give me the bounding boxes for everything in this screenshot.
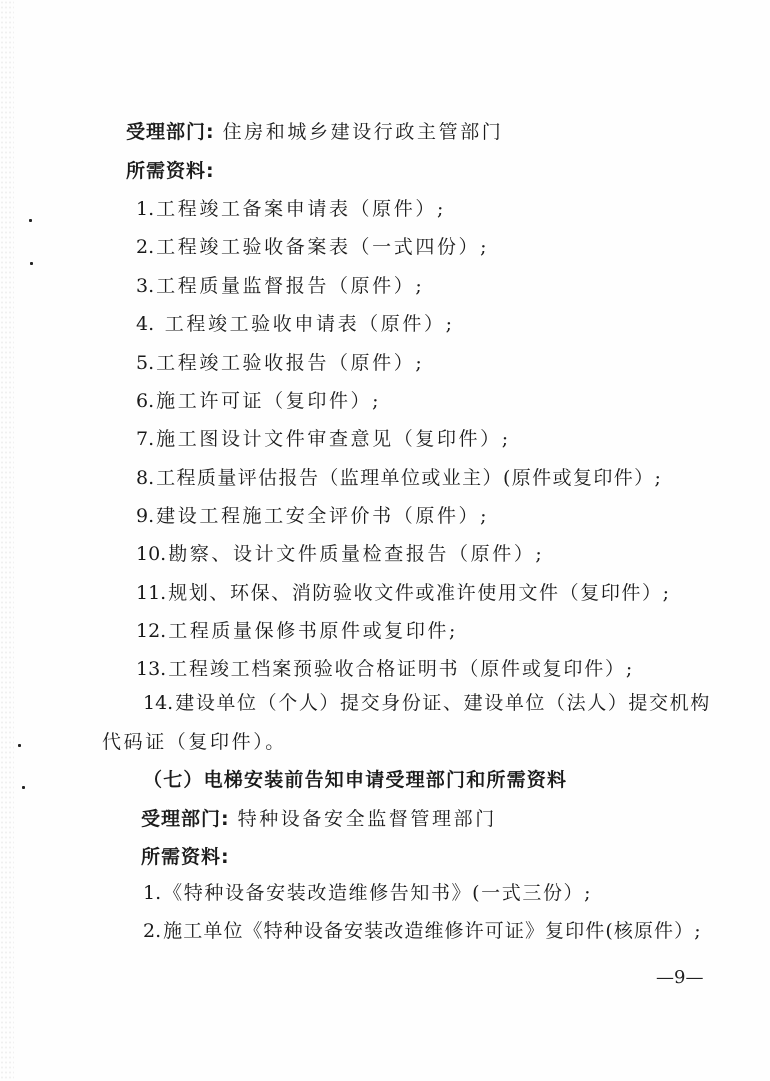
- dept-value: 特种设备安全监督管理部门: [238, 808, 497, 830]
- list-item: 1.工程竣工备案申请表（原件）;: [136, 190, 446, 229]
- list-item-continuation: 代码证（复印件）。: [102, 723, 287, 762]
- list-item: 12.工程质量保修书原件或复印件;: [136, 612, 458, 651]
- list-item: 10.勘察、设计文件质量检查报告（原件）;: [136, 535, 544, 574]
- list-item: 9.建设工程施工安全评价书（原件）;: [136, 497, 489, 536]
- section-heading-text: （七）电梯安装前告知申请受理部门和所需资料: [143, 769, 567, 791]
- scan-mark-dot: [18, 744, 21, 747]
- page-number: —9—: [656, 966, 703, 990]
- scan-mark-dot: [30, 262, 33, 265]
- list-item: 2.工程竣工验收备案表（一式四份）;: [136, 228, 489, 267]
- dept-value: 住房和城乡建设行政主管部门: [223, 121, 504, 143]
- list-item: 14.建设单位（个人）提交身份证、建设单位（法人）提交机构: [143, 684, 711, 723]
- dept-label: 受理部门:: [141, 808, 230, 830]
- materials-label: 所需资料:: [126, 160, 215, 182]
- list-item: 4. 工程竣工验收申请表（原件）;: [136, 305, 455, 344]
- list-item: 5.工程竣工验收报告（原件）;: [136, 344, 424, 383]
- materials-label-line-b: 所需资料:: [141, 838, 230, 877]
- dept-line-a: 受理部门:住房和城乡建设行政主管部门: [126, 113, 503, 152]
- list-item: 7.施工图设计文件审查意见（复印件）;: [136, 420, 511, 459]
- document-page: 受理部门:住房和城乡建设行政主管部门 所需资料: 1.工程竣工备案申请表（原件）…: [0, 0, 770, 1081]
- dept-line-b: 受理部门:特种设备安全监督管理部门: [141, 800, 497, 839]
- materials-label: 所需资料:: [141, 846, 230, 868]
- list-item: 11.规划、环保、消防验收文件或准许使用文件（复印件）;: [136, 574, 671, 613]
- list-item: 1.《特种设备安装改造维修告知书》(一式三份）;: [143, 874, 592, 913]
- list-item: 8.工程质量评估报告（监理单位或业主）(原件或复印件）;: [136, 459, 662, 498]
- scan-mark-dot: [29, 219, 32, 222]
- list-item: 6.施工许可证（复印件）;: [136, 382, 381, 421]
- section-heading: （七）电梯安装前告知申请受理部门和所需资料: [143, 761, 567, 800]
- dept-label: 受理部门:: [126, 121, 215, 143]
- list-item: 2.施工单位《特种设备安装改造维修许可证》复印件(核原件）;: [143, 912, 702, 951]
- scan-edge-noise: [0, 0, 14, 1081]
- materials-label-line-a: 所需资料:: [126, 152, 215, 191]
- list-item: 3.工程质量监督报告（原件）;: [136, 267, 424, 306]
- scan-mark-dot: [22, 786, 25, 789]
